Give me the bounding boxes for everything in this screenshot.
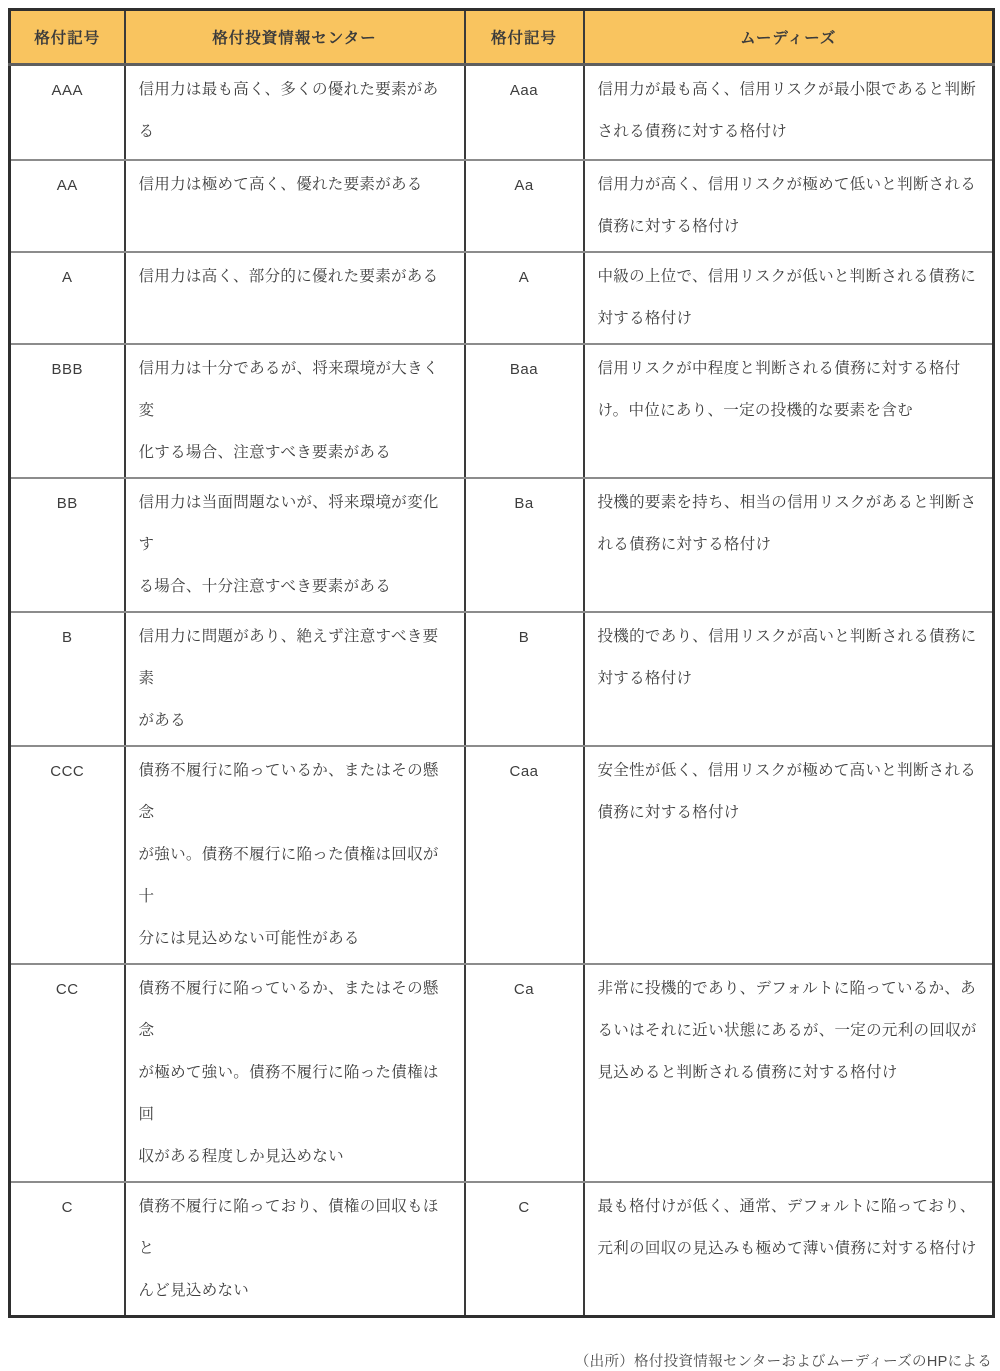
page: 格付記号 格付投資情報センター 格付記号 ムーディーズ AAA 信用力は最も高く… [0, 0, 1000, 1024]
moodys-rating-description: 非常に投機的であり、デフォルトに陥っているか、あ るいはそれに近い状態にあるが、… [584, 964, 994, 1182]
table-row-bb: BB 信用力は当面問題ないが、将来環境が変化す る場合、十分注意すべき要素がある… [10, 478, 994, 612]
header-row: 格付記号 格付投資情報センター 格付記号 ムーディーズ [10, 10, 994, 65]
table-row-b: B 信用力に問題があり、絶えず注意すべき要素 がある B 投機的であり、信用リス… [10, 612, 994, 746]
moodys-rating-description: 信用力が最も高く、信用リスクが最小限であると判断 される債務に対する格付け [584, 65, 994, 160]
ri-rating-symbol: C [10, 1182, 125, 1317]
moodys-rating-symbol: A [465, 252, 584, 344]
header-moodys-rating-symbol: 格付記号 [465, 10, 584, 65]
ri-rating-description: 信用力は当面問題ないが、将来環境が変化す る場合、十分注意すべき要素がある [125, 478, 465, 612]
moodys-rating-description: 信用リスクが中程度と判断される債務に対する格付 け。中位にあり、一定の投機的な要… [584, 344, 994, 478]
moodys-rating-symbol: C [465, 1182, 584, 1317]
ratings-comparison-table: 格付記号 格付投資情報センター 格付記号 ムーディーズ AAA 信用力は最も高く… [8, 8, 995, 1318]
ri-rating-symbol: B [10, 612, 125, 746]
moodys-rating-description: 安全性が低く、信用リスクが極めて高いと判断される 債務に対する格付け [584, 746, 994, 964]
ri-rating-symbol: BBB [10, 344, 125, 478]
table-row-a: A 信用力は高く、部分的に優れた要素がある A 中級の上位で、信用リスクが低いと… [10, 252, 994, 344]
moodys-rating-symbol: Aa [465, 160, 584, 252]
ri-rating-symbol: BB [10, 478, 125, 612]
table-row-aaa: AAA 信用力は最も高く、多くの優れた要素がある Aaa 信用力が最も高く、信用… [10, 65, 994, 160]
ri-rating-symbol: CCC [10, 746, 125, 964]
table-row-aa: AA 信用力は極めて高く、優れた要素がある Aa 信用力が高く、信用リスクが極め… [10, 160, 994, 252]
ri-rating-description: 信用力は極めて高く、優れた要素がある [125, 160, 465, 252]
moodys-rating-symbol: Caa [465, 746, 584, 964]
moodys-rating-symbol: Baa [465, 344, 584, 478]
table-row-bbb: BBB 信用力は十分であるが、将来環境が大きく変 化する場合、注意すべき要素があ… [10, 344, 994, 478]
ri-rating-description: 信用力は最も高く、多くの優れた要素がある [125, 65, 465, 160]
moodys-rating-symbol: Ba [465, 478, 584, 612]
ri-rating-description: 信用力に問題があり、絶えず注意すべき要素 がある [125, 612, 465, 746]
ri-rating-description: 債務不履行に陥っているか、またはその懸念 が強い。債務不履行に陥った債権は回収が… [125, 746, 465, 964]
moodys-rating-description: 中級の上位で、信用リスクが低いと判断される債務に 対する格付け [584, 252, 994, 344]
moodys-rating-symbol: Ca [465, 964, 584, 1182]
ri-rating-description: 債務不履行に陥っており、債権の回収もほと んど見込めない [125, 1182, 465, 1317]
ri-rating-symbol: AA [10, 160, 125, 252]
table-row-cc: CC 債務不履行に陥っているか、またはその懸念 が極めて強い。債務不履行に陥った… [10, 964, 994, 1182]
moodys-rating-description: 投機的要素を持ち、相当の信用リスクがあると判断さ れる債務に対する格付け [584, 478, 994, 612]
table-row-ccc: CCC 債務不履行に陥っているか、またはその懸念 が強い。債務不履行に陥った債権… [10, 746, 994, 964]
moodys-rating-symbol: B [465, 612, 584, 746]
table-row-c: C 債務不履行に陥っており、債権の回収もほと んど見込めない C 最も格付けが低… [10, 1182, 994, 1317]
ri-rating-description: 信用力は十分であるが、将来環境が大きく変 化する場合、注意すべき要素がある [125, 344, 465, 478]
header-ri-rating-symbol: 格付記号 [10, 10, 125, 65]
ri-rating-description: 債務不履行に陥っているか、またはその懸念 が極めて強い。債務不履行に陥った債権は… [125, 964, 465, 1182]
ri-rating-symbol: A [10, 252, 125, 344]
moodys-rating-symbol: Aaa [465, 65, 584, 160]
moodys-rating-description: 信用力が高く、信用リスクが極めて低いと判断される 債務に対する格付け [584, 160, 994, 252]
header-ri-agency: 格付投資情報センター [125, 10, 465, 65]
ri-rating-description: 信用力は高く、部分的に優れた要素がある [125, 252, 465, 344]
moodys-rating-description: 最も格付けが低く、通常、デフォルトに陥っており、 元利の回収の見込みも極めて薄い… [584, 1182, 994, 1317]
ri-rating-symbol: AAA [10, 65, 125, 160]
moodys-rating-description: 投機的であり、信用リスクが高いと判断される債務に 対する格付け [584, 612, 994, 746]
header-moodys-agency: ムーディーズ [584, 10, 994, 65]
source-note: （出所）格付投資情報センターおよびムーディーズのHPによる [8, 1350, 992, 1371]
ri-rating-symbol: CC [10, 964, 125, 1182]
